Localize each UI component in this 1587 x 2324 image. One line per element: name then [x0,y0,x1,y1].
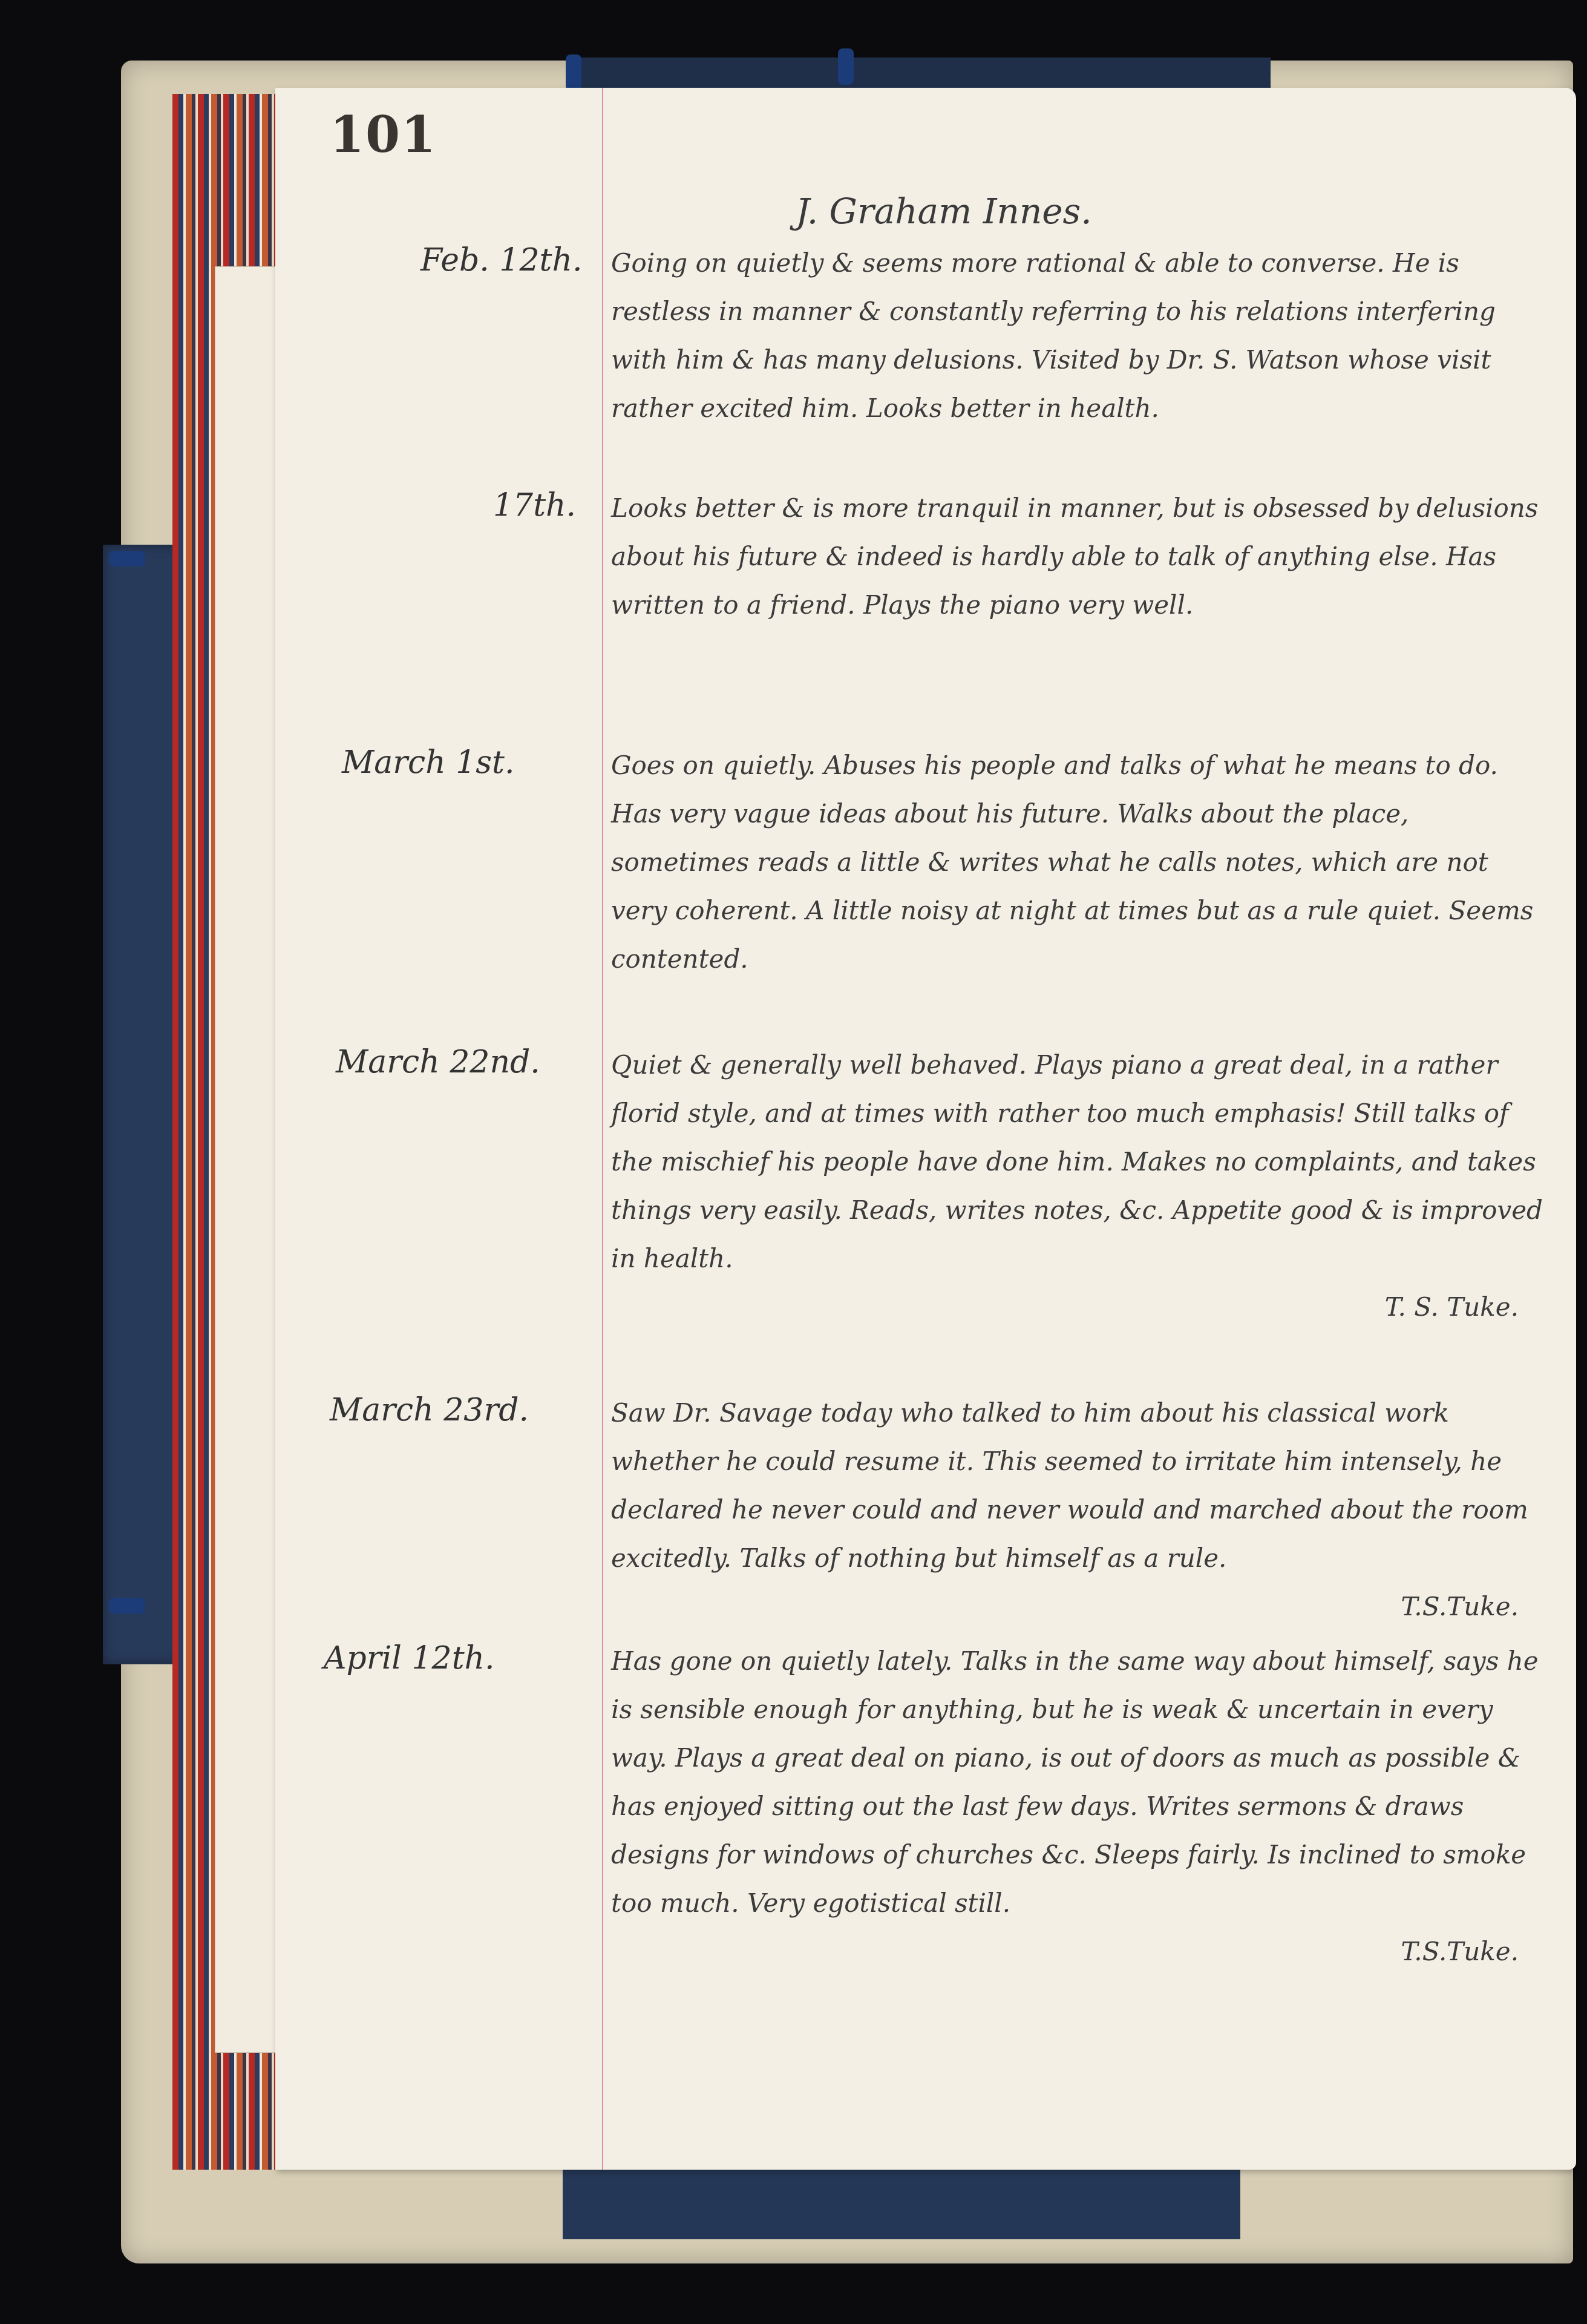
signature: T. S. Tuke. [611,1283,1543,1331]
entry-body: Saw Dr. Savage today who talked to him a… [611,1398,1528,1573]
entry-body: Has gone on quietly lately. Talks in the… [611,1646,1539,1918]
entry-date: Feb. 12th. [420,242,582,278]
entry-text: Goes on quietly. Abuses his people and t… [611,741,1543,983]
patient-heading: J. Graham Innes. [796,191,1092,232]
binding-cloth-top [575,57,1271,88]
ribbon-tie-icon [838,48,854,85]
entry-date: March 23rd. [330,1392,529,1428]
entry-date: March 22nd. [336,1044,540,1080]
entry-text: Looks better & is more tranquil in manne… [611,484,1543,629]
entry-body: Going on quietly & seems more rational &… [611,248,1496,423]
entry-body: Quiet & generally well behaved. Plays pi… [611,1050,1543,1273]
entry-text: Has gone on quietly lately. Talks in the… [611,1637,1543,1976]
entry-body: Goes on quietly. Abuses his people and t… [611,750,1533,974]
ribbon-tie-icon [109,1598,145,1613]
entry-text: Saw Dr. Savage today who talked to him a… [611,1389,1543,1631]
signature: T.S.Tuke. [611,1583,1543,1631]
entry-body: Looks better & is more tranquil in manne… [611,493,1538,620]
entry-text: Going on quietly & seems more rational &… [611,239,1543,433]
entry-date: 17th. [493,487,576,524]
entry-date: April 12th. [324,1640,495,1676]
entry-date: March 1st. [342,744,514,781]
ribbon-tie-icon [109,551,145,566]
ledger-page: 101 J. Graham Innes. Feb. 12th. Going on… [275,88,1576,2170]
signature: T.S.Tuke. [611,1928,1543,1976]
page-number: 101 [330,106,437,164]
ribbon-tie-icon [566,54,581,91]
margin-rule [602,88,603,2170]
binding-cloth-bottom [563,2161,1240,2239]
entry-text: Quiet & generally well behaved. Plays pi… [611,1041,1543,1331]
inserted-leaf [215,266,283,2053]
